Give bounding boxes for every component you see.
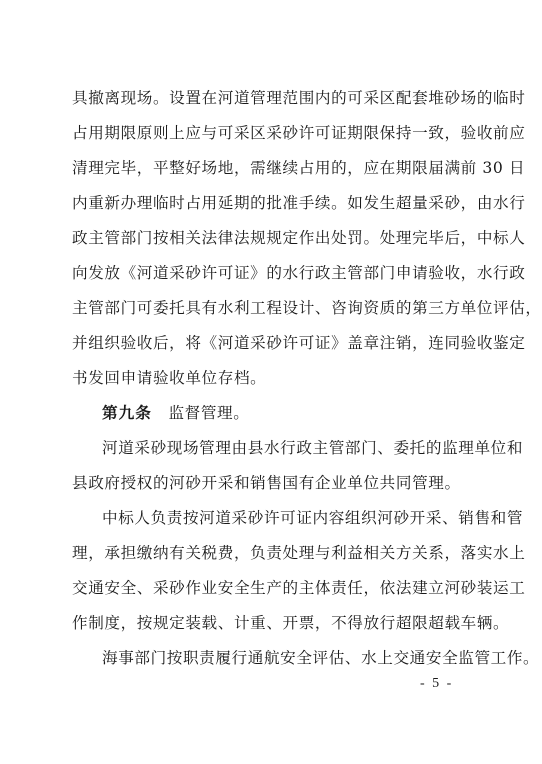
paragraph-line: 河道采砂现场管理由县水行政主管部门、委托的监理单位和 (102, 437, 468, 459)
article-heading: 第九条 监督管理。 (102, 402, 468, 424)
text-line: 向发放《河道采砂许可证》的水行政主管部门申请验收，水行政 (72, 262, 468, 284)
document-page: 具撤离现场。设置在河道管理范围内的可采区配套堆砂场的临时 占用期限原则上应与可采… (0, 0, 542, 764)
paragraph-line: 交通安全、采砂作业安全生产的主体责任，依法建立河砂装运工 (72, 577, 468, 599)
article-number: 第九条 (102, 404, 152, 422)
paragraph-line: 中标人负责按河道采砂许可证内容组织河砂开采、销售和管 (102, 507, 468, 529)
paragraph-line: 作制度，按规定装载、计重、开票，不得放行超限超载车辆。 (72, 612, 468, 634)
article-title: 监督管理。 (168, 404, 249, 422)
text-line: 书发回申请验收单位存档。 (72, 367, 468, 389)
text-line: 政主管部门按相关法律法规规定作出处罚。处理完毕后，中标人 (72, 227, 468, 249)
text-line: 主管部门可委托具有水利工程设计、咨询资质的第三方单位评估， (72, 297, 468, 319)
page-number: - 5 - (420, 676, 453, 692)
paragraph-line: 海事部门按职责履行通航安全评估、水上交通安全监管工作。 (102, 647, 468, 669)
text-line: 具撤离现场。设置在河道管理范围内的可采区配套堆砂场的临时 (72, 87, 468, 109)
text-line: 并组织验收后，将《河道采砂许可证》盖章注销，连同验收鉴定 (72, 332, 468, 354)
paragraph-line: 理，承担缴纳有关税费，负责处理与利益相关方关系，落实水上 (72, 542, 468, 564)
paragraph-line: 县政府授权的河砂开采和销售国有企业单位共同管理。 (72, 472, 468, 494)
text-line: 清理完毕，平整好场地，需继续占用的，应在期限届满前 30 日 (72, 157, 468, 179)
text-line: 内重新办理临时占用延期的批准手续。如发生超量采砂，由水行 (72, 192, 468, 214)
text-line: 占用期限原则上应与可采区采砂许可证期限保持一致，验收前应 (72, 122, 468, 144)
